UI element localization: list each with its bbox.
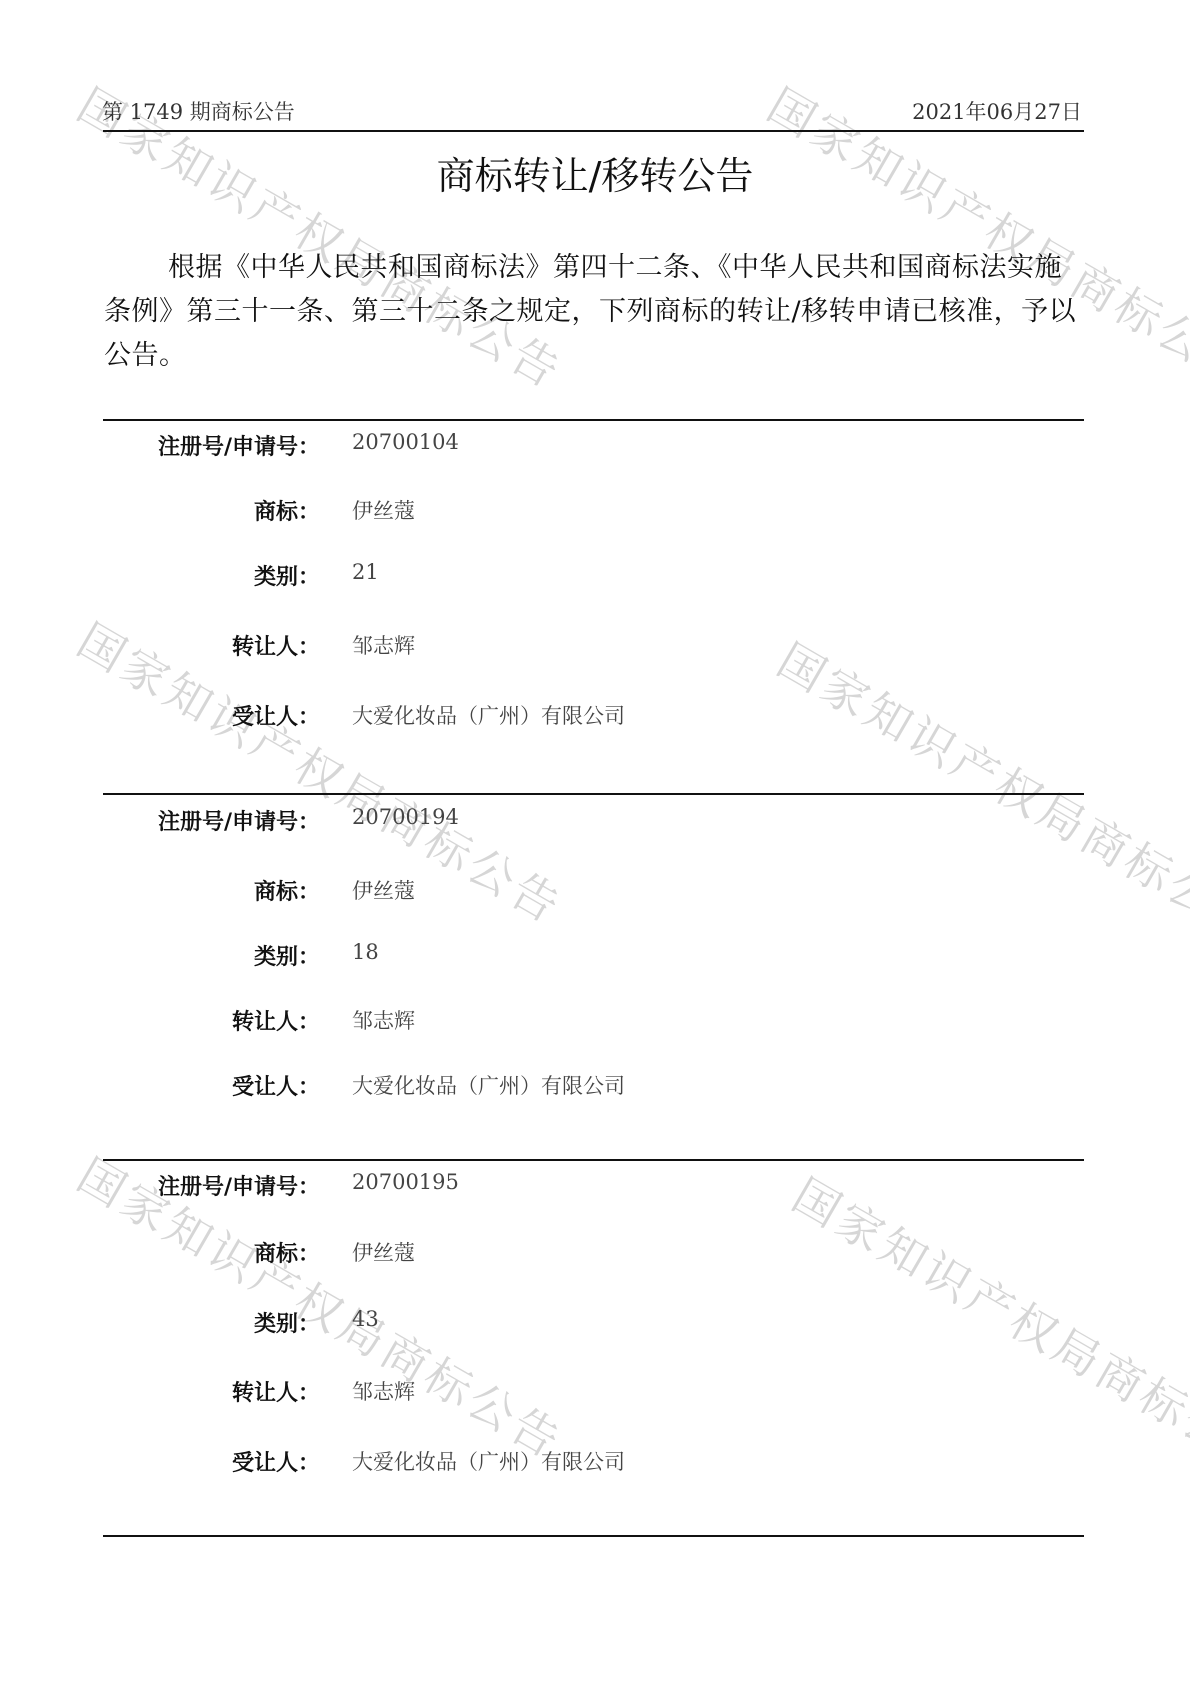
field-trademark: 商标： 伊丝蔻 [0,495,1190,527]
class-value: 43 [352,1307,379,1331]
field-assignor: 转让人： 邹志辉 [0,1005,1190,1037]
watermark: 国家知识产权局商标公告 [767,625,1190,957]
field-reg-no: 注册号/申请号： 20700195 [0,1170,1190,1202]
assignee-label: 受让人： [80,700,320,731]
page-header: 第 1749 期商标公告 2021年06月27日 [102,96,1082,126]
field-assignee: 受让人： 大爱化妆品（广州）有限公司 [0,700,1190,732]
class-label: 类别： [80,1307,320,1338]
record-divider [103,793,1084,795]
assignee-label: 受让人： [80,1446,320,1477]
intro-paragraph: 根据《中华人民共和国商标法》第四十二条、《中华人民共和国商标法实施条例》第三十一… [104,246,1084,378]
issue-number: 第 1749 期商标公告 [102,96,295,126]
record-divider [103,1159,1084,1161]
reg-no-label: 注册号/申请号： [80,430,320,461]
reg-no-value: 20700104 [352,430,459,454]
assignee-value: 大爱化妆品（广州）有限公司 [352,1446,625,1476]
trademark-value: 伊丝蔻 [352,875,415,905]
assignee-label: 受让人： [80,1070,320,1101]
assignor-label: 转让人： [80,630,320,661]
reg-no-label: 注册号/申请号： [80,805,320,836]
field-trademark: 商标： 伊丝蔻 [0,1237,1190,1269]
field-trademark: 商标： 伊丝蔻 [0,875,1190,907]
footer-divider [103,1535,1084,1537]
field-class: 类别： 43 [0,1307,1190,1339]
assignor-label: 转让人： [80,1376,320,1407]
class-label: 类别： [80,940,320,971]
field-assignee: 受让人： 大爱化妆品（广州）有限公司 [0,1070,1190,1102]
reg-no-label: 注册号/申请号： [80,1170,320,1201]
trademark-value: 伊丝蔻 [352,495,415,525]
publish-date: 2021年06月27日 [912,96,1082,126]
class-value: 18 [352,940,379,964]
assignor-value: 邹志辉 [352,1005,415,1035]
assignee-value: 大爱化妆品（广州）有限公司 [352,700,625,730]
assignor-value: 邹志辉 [352,630,415,660]
header-divider [103,130,1084,132]
field-assignee: 受让人： 大爱化妆品（广州）有限公司 [0,1446,1190,1478]
field-class: 类别： 18 [0,940,1190,972]
trademark-label: 商标： [80,1237,320,1268]
assignee-value: 大爱化妆品（广州）有限公司 [352,1070,625,1100]
class-value: 21 [352,560,379,584]
field-assignor: 转让人： 邹志辉 [0,1376,1190,1408]
field-assignor: 转让人： 邹志辉 [0,630,1190,662]
announcement-page: 国家知识产权局商标公告 国家知识产权局商标公告 国家知识产权局商标公告 国家知识… [0,0,1190,1698]
reg-no-value: 20700194 [352,805,459,829]
trademark-label: 商标： [80,495,320,526]
trademark-value: 伊丝蔻 [352,1237,415,1267]
page-title: 商标转让/移转公告 [0,145,1190,200]
class-label: 类别： [80,560,320,591]
record-divider [103,419,1084,421]
trademark-label: 商标： [80,875,320,906]
field-reg-no: 注册号/申请号： 20700104 [0,430,1190,462]
assignor-value: 邹志辉 [352,1376,415,1406]
field-class: 类别： 21 [0,560,1190,592]
assignor-label: 转让人： [80,1005,320,1036]
reg-no-value: 20700195 [352,1170,459,1194]
field-reg-no: 注册号/申请号： 20700194 [0,805,1190,837]
